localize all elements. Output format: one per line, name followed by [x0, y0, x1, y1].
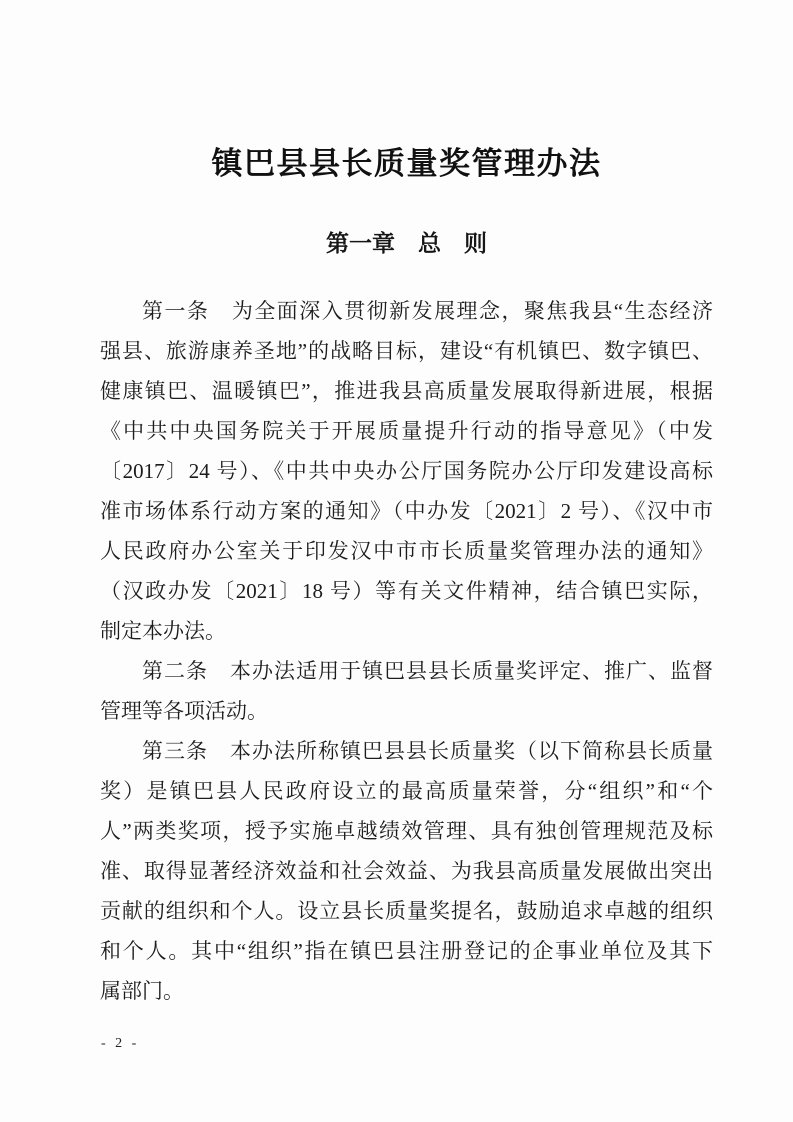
page-number: - 2 -: [101, 1036, 139, 1052]
body-line: 准、取得显著经济效益和社会效益、为我县高质量发展做出突出: [100, 851, 713, 891]
body-line: 〔2017〕24 号）、《中共中央办公厅国务院办公厅印发建设高标: [100, 451, 713, 491]
body-line: 贡献的组织和个人。设立县长质量奖提名，鼓励追求卓越的组织: [100, 891, 713, 931]
body-line: 管理等各项活动。: [100, 691, 713, 731]
body-line: 第一条 为全面深入贯彻新发展理念，聚焦我县“生态经济: [100, 291, 713, 331]
body-line: 《中共中央国务院关于开展质量提升行动的指导意见》（中发: [100, 411, 713, 451]
body-line: 准市场体系行动方案的通知》（中办发〔2021〕2 号）、《汉中市: [100, 491, 713, 531]
body-line: 第三条 本办法所称镇巴县县长质量奖（以下简称县长质量: [100, 731, 713, 771]
chapter-heading: 第一章 总 则: [100, 225, 713, 258]
body-line: 属部门。: [100, 971, 713, 1011]
document-page: 镇巴县县长质量奖管理办法 第一章 总 则 第一条 为全面深入贯彻新发展理念，聚焦…: [0, 0, 793, 1122]
body-line: 第二条 本办法适用于镇巴县县长质量奖评定、推广、监督: [100, 651, 713, 691]
body-line: 强县、旅游康养圣地”的战略目标，建设“有机镇巴、数字镇巴、: [100, 331, 713, 371]
body-line: 人民政府办公室关于印发汉中市市长质量奖管理办法的通知》: [100, 531, 713, 571]
body-line: 和个人。其中“组织”指在镇巴县注册登记的企事业单位及其下: [100, 931, 713, 971]
body-text: 第一条 为全面深入贯彻新发展理念，聚焦我县“生态经济强县、旅游康养圣地”的战略目…: [100, 291, 713, 1011]
body-line: 奖）是镇巴县人民政府设立的最高质量荣誉，分“组织”和“个: [100, 771, 713, 811]
body-line: 人”两类奖项，授予实施卓越绩效管理、具有独创管理规范及标: [100, 811, 713, 851]
document-title: 镇巴县县长质量奖管理办法: [100, 138, 713, 183]
body-line: 制定本办法。: [100, 611, 713, 651]
body-line: （汉政办发〔2021〕18 号）等有关文件精神，结合镇巴实际，: [100, 571, 713, 611]
body-line: 健康镇巴、温暖镇巴”，推进我县高质量发展取得新进展，根据: [100, 371, 713, 411]
